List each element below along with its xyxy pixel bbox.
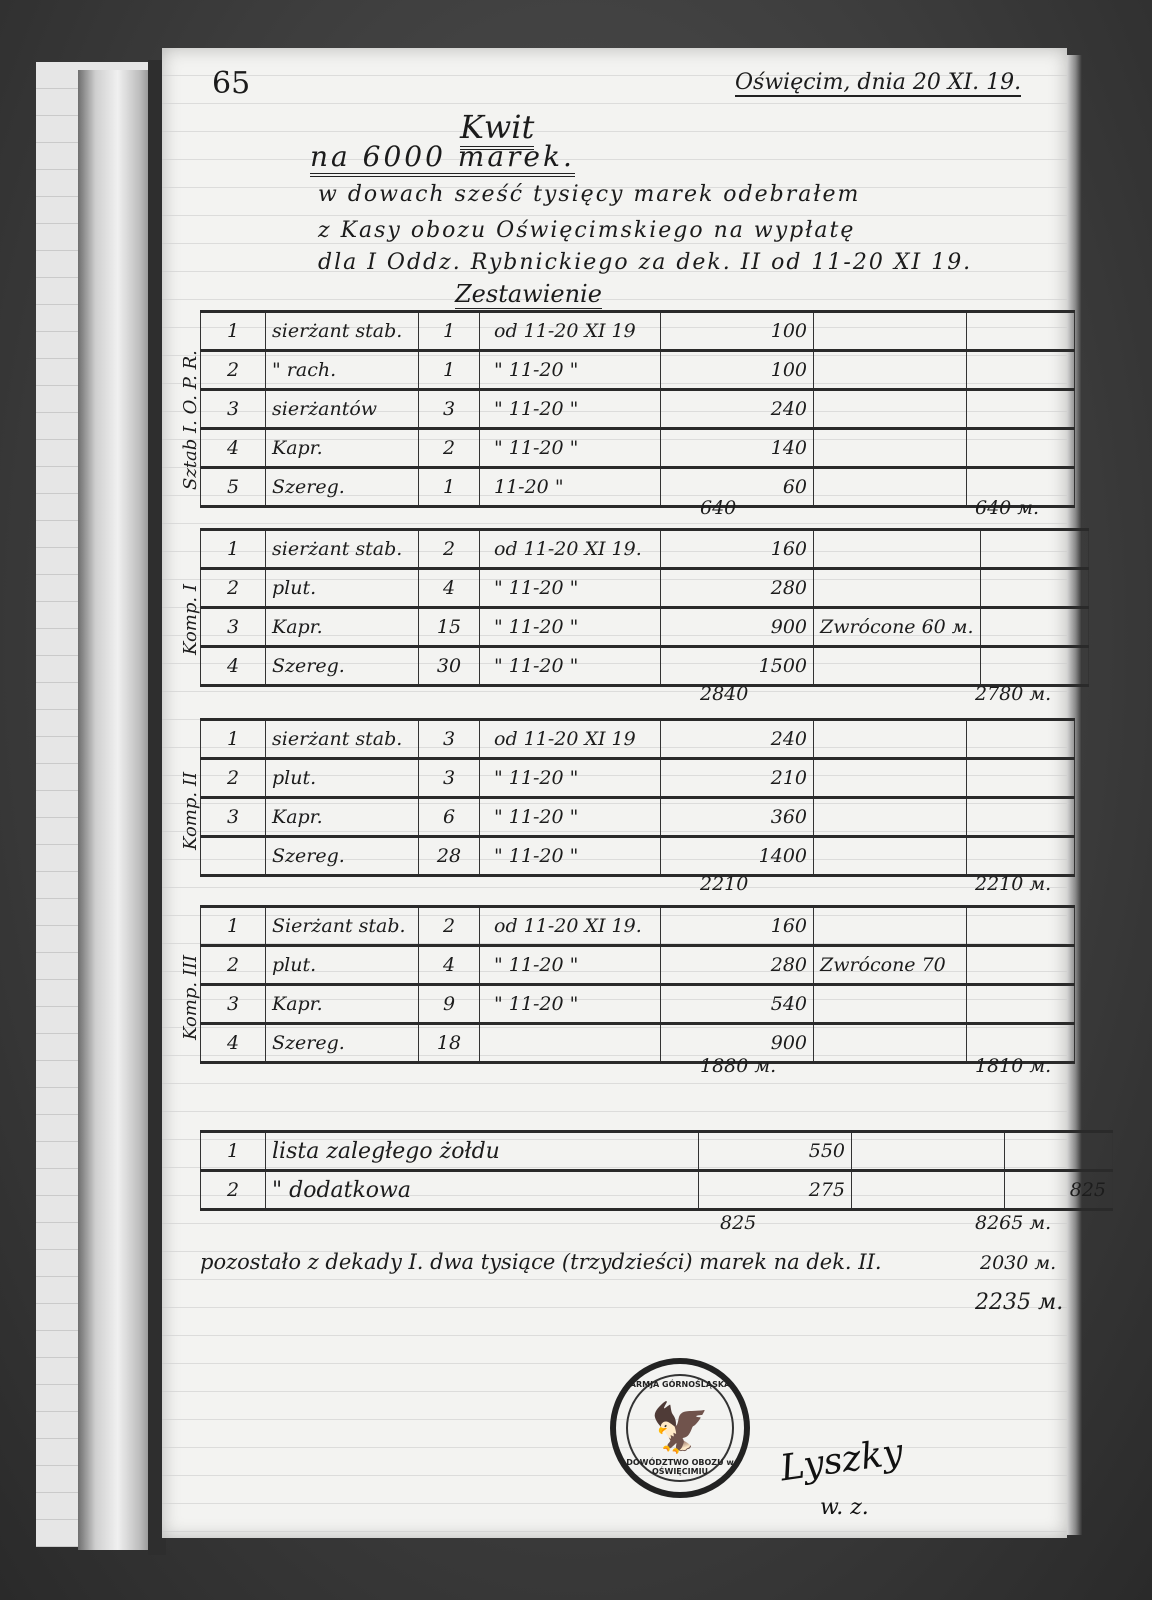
table-row: 2" rach.1" 11-20 "100 — [201, 351, 1075, 390]
note-cell — [814, 569, 981, 608]
blank-cell — [967, 429, 1075, 468]
row-number: 3 — [201, 798, 266, 837]
rank-cell: " rach. — [266, 351, 419, 390]
amount-cell: 280 — [661, 569, 814, 608]
amount-cell: 900 — [661, 608, 814, 647]
arrears-table: 1lista zaległego żołdu5502" dodatkowa275… — [200, 1130, 1113, 1211]
note-cell — [814, 468, 967, 507]
amount-cell: 160 — [661, 907, 814, 946]
group-total: 2210 м. — [975, 873, 1051, 895]
row-number: 2 — [201, 1171, 266, 1210]
rank-cell: Sierżant stab. — [266, 907, 419, 946]
official-stamp: ARMJA GÓRNOŚLĄSKA 🦅 DOWÓDZTWO OBOZU w OŚ… — [610, 1358, 750, 1498]
blank-cell — [967, 798, 1075, 837]
period-cell: " 11-20 " — [480, 837, 661, 876]
amount-cell: 360 — [661, 798, 814, 837]
count-cell: 2 — [419, 429, 480, 468]
row-number: 3 — [201, 985, 266, 1024]
count-cell: 30 — [419, 647, 480, 686]
amount-cell: 280 — [661, 946, 814, 985]
group-label: Sztab I. O. P. R. — [180, 350, 201, 490]
group-total: 640 м. — [975, 497, 1039, 519]
group-label: Komp. III — [180, 955, 201, 1040]
count-cell: 6 — [419, 798, 480, 837]
blank-cell — [967, 351, 1075, 390]
blank-cell — [967, 759, 1075, 798]
amount-cell: 100 — [661, 351, 814, 390]
body-line-3: dla I Oddz. Rybnickiego za dek. II od 11… — [318, 250, 972, 275]
rank-cell: plut. — [266, 759, 419, 798]
count-cell: 28 — [419, 837, 480, 876]
period-cell: od 11-20 XI 19 — [480, 720, 661, 759]
amount-cell: 1500 — [661, 647, 814, 686]
period-cell: " 11-20 " — [480, 390, 661, 429]
remainder-amount: 2030 м. — [980, 1252, 1056, 1274]
blank-cell — [852, 1132, 1005, 1171]
note-cell: Zwrócone 60 м. — [814, 608, 981, 647]
amount-cell: 210 — [661, 759, 814, 798]
page-number: 65 — [212, 66, 250, 101]
count-cell: 2 — [419, 907, 480, 946]
period-cell: od 11-20 XI 19 — [480, 312, 661, 351]
note-cell — [814, 429, 967, 468]
body-line-2: z Kasy obozu Oświęcimskiego na wypłatę — [318, 218, 855, 243]
group-subtotal: 2840 — [700, 683, 748, 705]
period-cell: " 11-20 " — [480, 946, 661, 985]
rank-cell: sierżantów — [266, 390, 419, 429]
period-cell: od 11-20 XI 19. — [480, 907, 661, 946]
note-cell — [814, 647, 981, 686]
count-cell: 18 — [419, 1024, 480, 1063]
table-row: 1Sierżant stab.2od 11-20 XI 19.160 — [201, 907, 1075, 946]
rank-cell: Kapr. — [266, 798, 419, 837]
amount-cell: 550 — [699, 1132, 852, 1171]
grand-total: 8265 м. — [975, 1212, 1051, 1234]
row-number: 2 — [201, 351, 266, 390]
description-cell: " dodatkowa — [266, 1171, 699, 1210]
row-number: 1 — [201, 1132, 266, 1171]
blank-cell — [980, 569, 1088, 608]
period-cell: " 11-20 " — [480, 985, 661, 1024]
amount-cell: 140 — [661, 429, 814, 468]
amount-cell: 1400 — [661, 837, 814, 876]
note-cell — [814, 798, 967, 837]
note-cell — [814, 390, 967, 429]
row-number: 1 — [201, 530, 266, 569]
blank-cell — [967, 837, 1075, 876]
count-cell: 1 — [419, 468, 480, 507]
ledger-table-komp-1: 1sierżant stab.2od 11-20 XI 19.1602plut.… — [200, 528, 1089, 687]
place-date: Oświęcim, dnia 20 XI. 19. — [735, 70, 1021, 97]
amount-cell: 240 — [661, 720, 814, 759]
arrears-subtotal: 825 — [720, 1212, 756, 1234]
table-row: 2plut.3" 11-20 "210 — [201, 759, 1075, 798]
period-cell: 11-20 " — [480, 468, 661, 507]
total-cell — [1005, 1132, 1113, 1171]
rank-cell: plut. — [266, 946, 419, 985]
row-number: 4 — [201, 1024, 266, 1063]
count-cell: 2 — [419, 530, 480, 569]
note-cell — [814, 837, 967, 876]
count-cell: 15 — [419, 608, 480, 647]
group-label: Komp. II — [180, 772, 201, 850]
note-cell — [814, 530, 981, 569]
table-row: 3Kapr.9" 11-20 "540 — [201, 985, 1075, 1024]
blank-cell — [967, 946, 1075, 985]
body-line-1: w dowach sześć tysięcy marek odebrałem — [318, 182, 860, 207]
group-total: 2780 м. — [975, 683, 1051, 705]
rank-cell: Kapr. — [266, 429, 419, 468]
period-cell — [480, 1024, 661, 1063]
count-cell: 3 — [419, 759, 480, 798]
ledger-table-komp-2: 1sierżant stab.3od 11-20 XI 192402plut.3… — [200, 718, 1075, 877]
row-number: 4 — [201, 647, 266, 686]
table-row: 2plut.4" 11-20 "280Zwrócone 70 — [201, 946, 1075, 985]
rank-cell: Kapr. — [266, 608, 419, 647]
ledger-table-komp-3: 1Sierżant stab.2od 11-20 XI 19.1602plut.… — [200, 905, 1075, 1064]
table-row: 1sierżant stab.3od 11-20 XI 19240 — [201, 720, 1075, 759]
row-number: 4 — [201, 429, 266, 468]
group-total: 1810 м. — [975, 1055, 1051, 1077]
row-number: 5 — [201, 468, 266, 507]
count-cell: 4 — [419, 946, 480, 985]
row-number: 1 — [201, 720, 266, 759]
rank-cell: sierżant stab. — [266, 312, 419, 351]
row-number: 1 — [201, 312, 266, 351]
group-subtotal: 1880 м. — [700, 1055, 776, 1077]
amount-cell: 240 — [661, 390, 814, 429]
final-amount: 2235 м. — [975, 1290, 1063, 1315]
group-subtotal: 640 — [700, 497, 736, 519]
blank-cell — [980, 530, 1088, 569]
note-cell — [814, 907, 967, 946]
rank-cell: sierżant stab. — [266, 530, 419, 569]
note-cell: Zwrócone 70 — [814, 946, 967, 985]
table-row: 3Kapr.15" 11-20 "900Zwrócone 60 м. — [201, 608, 1089, 647]
rank-cell: Szereg. — [266, 1024, 419, 1063]
note-cell — [814, 759, 967, 798]
period-cell: od 11-20 XI 19. — [480, 530, 661, 569]
blank-cell — [852, 1171, 1005, 1210]
table-row: 5Szereg.111-20 "60 — [201, 468, 1075, 507]
table-row: 1lista zaległego żołdu550 — [201, 1132, 1113, 1171]
table-row: Szereg.28" 11-20 "1400 — [201, 837, 1075, 876]
rank-cell: Szereg. — [266, 837, 419, 876]
period-cell: " 11-20 " — [480, 647, 661, 686]
period-cell: " 11-20 " — [480, 569, 661, 608]
blank-cell — [967, 907, 1075, 946]
table-row: 3Kapr.6" 11-20 "360 — [201, 798, 1075, 837]
row-number: 3 — [201, 390, 266, 429]
period-cell: " 11-20 " — [480, 351, 661, 390]
count-cell: 1 — [419, 312, 480, 351]
table-row: 3sierżantów3" 11-20 "240 — [201, 390, 1075, 429]
note-cell — [814, 312, 967, 351]
blank-cell — [967, 312, 1075, 351]
count-cell: 3 — [419, 720, 480, 759]
group-label: Komp. I — [180, 584, 201, 655]
rank-cell: Szereg. — [266, 468, 419, 507]
rank-cell: Kapr. — [266, 985, 419, 1024]
row-number: 2 — [201, 946, 266, 985]
description-cell: lista zaległego żołdu — [266, 1132, 699, 1171]
period-cell: " 11-20 " — [480, 608, 661, 647]
ledger-table-sztab: 1sierżant stab.1od 11-20 XI 191002" rach… — [200, 310, 1075, 508]
blank-cell — [980, 647, 1088, 686]
table-row: 4Szereg.18900 — [201, 1024, 1075, 1063]
table-row: 4Kapr.2" 11-20 "140 — [201, 429, 1075, 468]
table-row: 1sierżant stab.2od 11-20 XI 19.160 — [201, 530, 1089, 569]
rank-cell: sierżant stab. — [266, 720, 419, 759]
stamp-bottom-text: DOWÓDZTWO OBOZU w OŚWIĘCIMIU — [616, 1458, 744, 1476]
count-cell: 4 — [419, 569, 480, 608]
table-row: 4Szereg.30" 11-20 "1500 — [201, 647, 1089, 686]
rank-cell: Szereg. — [266, 647, 419, 686]
row-number — [201, 837, 266, 876]
blank-cell — [967, 390, 1075, 429]
note-cell — [814, 351, 967, 390]
stamp-top-text: ARMJA GÓRNOŚLĄSKA — [616, 1380, 744, 1389]
row-number: 1 — [201, 907, 266, 946]
rank-cell: plut. — [266, 569, 419, 608]
group-subtotal: 2210 — [700, 873, 748, 895]
section-heading: Zestawienie — [455, 280, 602, 312]
row-number: 2 — [201, 569, 266, 608]
note-cell — [814, 985, 967, 1024]
remainder-text: pozostało z dekady I. dwa tysiące (trzyd… — [200, 1250, 882, 1274]
period-cell: " 11-20 " — [480, 429, 661, 468]
table-row: 2plut.4" 11-20 "280 — [201, 569, 1089, 608]
count-cell: 9 — [419, 985, 480, 1024]
note-cell — [814, 1024, 967, 1063]
period-cell: " 11-20 " — [480, 759, 661, 798]
amount-cell: 100 — [661, 312, 814, 351]
note-cell — [814, 720, 967, 759]
row-number: 3 — [201, 608, 266, 647]
blank-cell — [967, 720, 1075, 759]
amount-cell: 275 — [699, 1171, 852, 1210]
amount-cell: 60 — [661, 468, 814, 507]
signature-initials: w. z. — [820, 1495, 869, 1520]
blank-cell — [967, 985, 1075, 1024]
total-cell: 825 — [1005, 1171, 1113, 1210]
document-subtitle: na 6000 marek. — [310, 140, 575, 177]
count-cell: 1 — [419, 351, 480, 390]
blank-cell — [980, 608, 1088, 647]
count-cell: 3 — [419, 390, 480, 429]
table-row: 1sierżant stab.1od 11-20 XI 19100 — [201, 312, 1075, 351]
period-cell: " 11-20 " — [480, 798, 661, 837]
amount-cell: 160 — [661, 530, 814, 569]
table-row: 2" dodatkowa275825 — [201, 1171, 1113, 1210]
amount-cell: 540 — [661, 985, 814, 1024]
row-number: 2 — [201, 759, 266, 798]
